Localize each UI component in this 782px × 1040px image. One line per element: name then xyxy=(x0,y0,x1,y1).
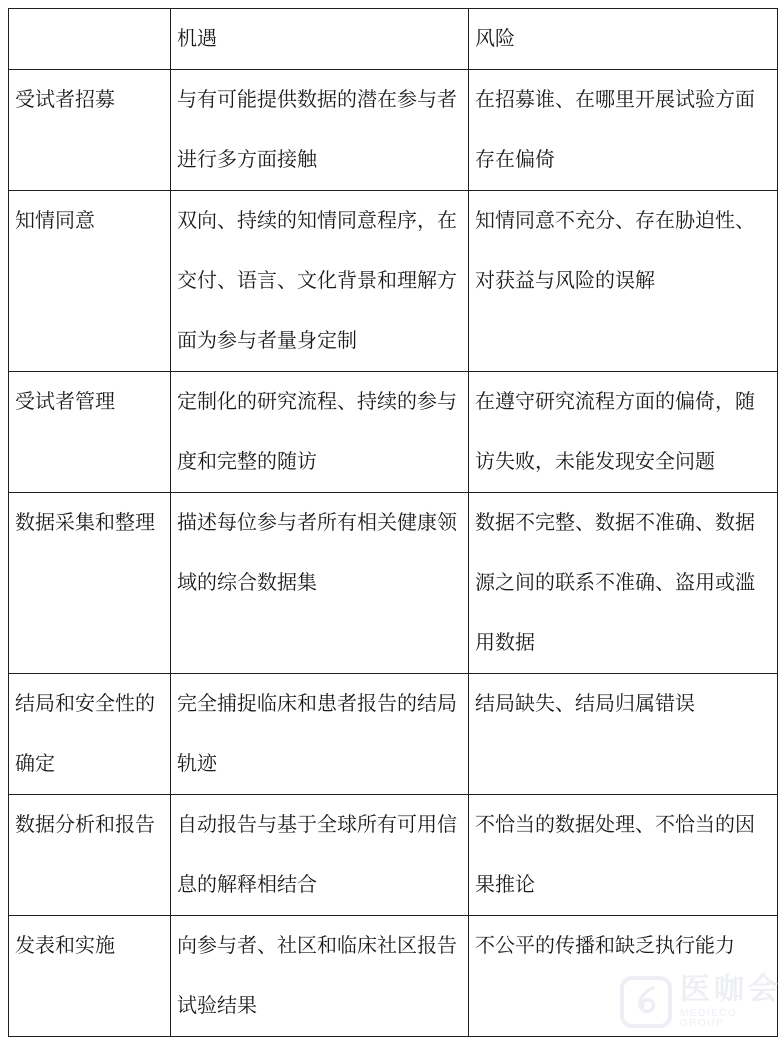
table-row: 知情同意 双向、持续的知情同意程序，在交付、语言、文化背景和理解方面为参与者量身… xyxy=(9,191,778,372)
header-risk-cell: 风险 xyxy=(469,9,778,70)
table-row: 结局和安全性的确定 完全捕捉临床和患者报告的结局轨迹 结局缺失、结局归属错误 xyxy=(9,674,778,795)
table-header-row: 机遇 风险 xyxy=(9,9,778,70)
opportunity-cell: 双向、持续的知情同意程序，在交付、语言、文化背景和理解方面为参与者量身定制 xyxy=(171,191,469,372)
page: 机遇 风险 受试者招募 与有可能提供数据的潜在参与者进行多方面接触 在招募谁、在… xyxy=(0,0,782,1040)
table-row: 受试者招募 与有可能提供数据的潜在参与者进行多方面接触 在招募谁、在哪里开展试验… xyxy=(9,70,778,191)
table-row: 发表和实施 向参与者、社区和临床社区报告试验结果 不公平的传播和缺乏执行能力 xyxy=(9,916,778,1037)
row-label-cell: 知情同意 xyxy=(9,191,171,372)
risk-cell: 在招募谁、在哪里开展试验方面存在偏倚 xyxy=(469,70,778,191)
risk-cell: 结局缺失、结局归属错误 xyxy=(469,674,778,795)
row-label-cell: 受试者管理 xyxy=(9,372,171,493)
risk-cell: 不恰当的数据处理、不恰当的因果推论 xyxy=(469,795,778,916)
row-label-cell: 受试者招募 xyxy=(9,70,171,191)
opportunity-cell: 向参与者、社区和临床社区报告试验结果 xyxy=(171,916,469,1037)
header-opportunity-cell: 机遇 xyxy=(171,9,469,70)
table-row: 受试者管理 定制化的研究流程、持续的参与度和完整的随访 在遵守研究流程方面的偏倚… xyxy=(9,372,778,493)
table-row: 数据分析和报告 自动报告与基于全球所有可用信息的解释相结合 不恰当的数据处理、不… xyxy=(9,795,778,916)
risk-cell: 在遵守研究流程方面的偏倚，随访失败，未能发现安全问题 xyxy=(469,372,778,493)
risk-cell: 知情同意不充分、存在胁迫性、对获益与风险的误解 xyxy=(469,191,778,372)
opportunity-cell: 自动报告与基于全球所有可用信息的解释相结合 xyxy=(171,795,469,916)
row-label-cell: 数据分析和报告 xyxy=(9,795,171,916)
opportunity-risk-table: 机遇 风险 受试者招募 与有可能提供数据的潜在参与者进行多方面接触 在招募谁、在… xyxy=(8,8,778,1037)
risk-cell: 不公平的传播和缺乏执行能力 xyxy=(469,916,778,1037)
row-label-cell: 结局和安全性的确定 xyxy=(9,674,171,795)
header-empty-cell xyxy=(9,9,171,70)
table-row: 数据采集和整理 描述每位参与者所有相关健康领域的综合数据集 数据不完整、数据不准… xyxy=(9,493,778,674)
row-label-cell: 发表和实施 xyxy=(9,916,171,1037)
risk-cell: 数据不完整、数据不准确、数据源之间的联系不准确、盗用或滥用数据 xyxy=(469,493,778,674)
opportunity-cell: 描述每位参与者所有相关健康领域的综合数据集 xyxy=(171,493,469,674)
opportunity-cell: 定制化的研究流程、持续的参与度和完整的随访 xyxy=(171,372,469,493)
opportunity-cell: 与有可能提供数据的潜在参与者进行多方面接触 xyxy=(171,70,469,191)
opportunity-cell: 完全捕捉临床和患者报告的结局轨迹 xyxy=(171,674,469,795)
row-label-cell: 数据采集和整理 xyxy=(9,493,171,674)
